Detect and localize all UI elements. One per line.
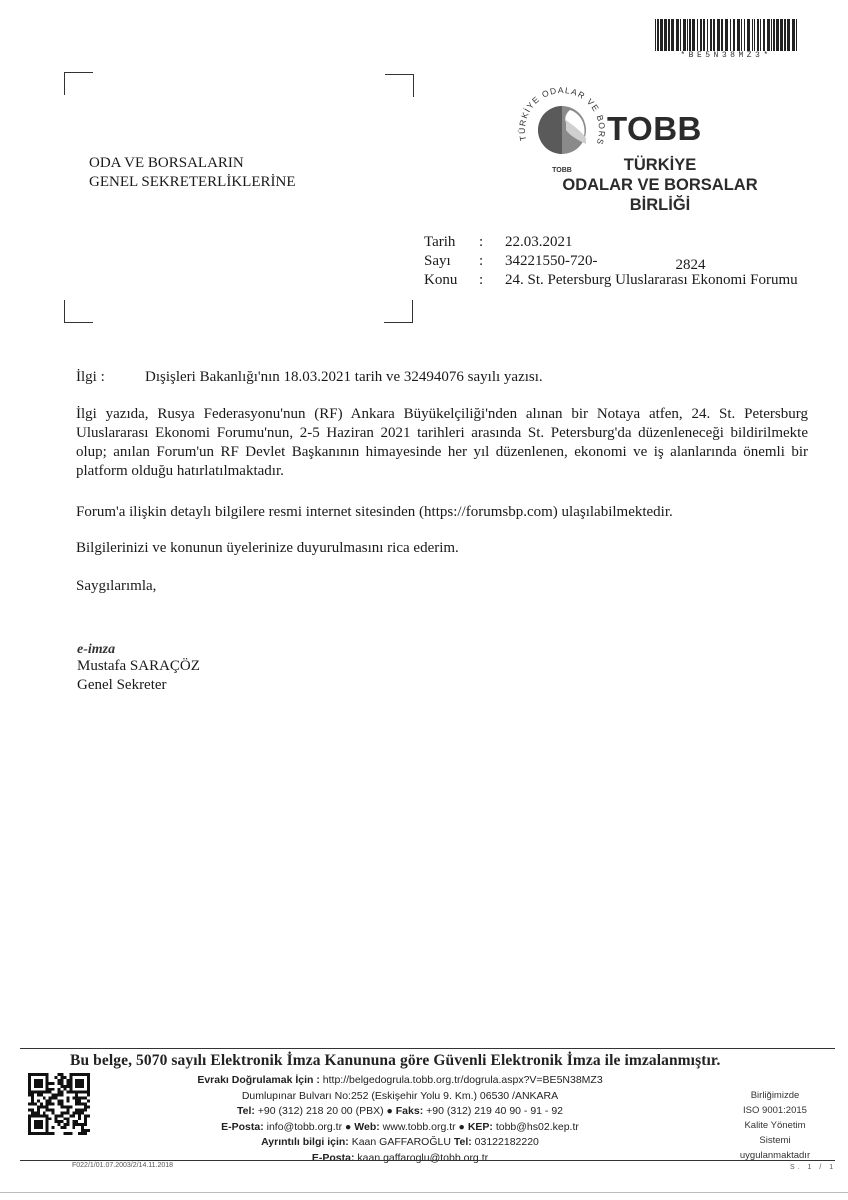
number-suffix: 2824 <box>676 257 706 273</box>
meta-row-date: Tarih : 22.03.2021 <box>424 233 805 252</box>
reference-text: Dışişleri Bakanlığı'nın 18.03.2021 tarih… <box>145 369 543 385</box>
meta-row-subject: Konu : 24. St. Petersburg Uluslararası E… <box>424 271 805 290</box>
contact-person-line: Ayrıntılı bilgi için: Kaan GAFFAROĞLU Te… <box>160 1135 640 1151</box>
logo-subtitle-line: TÜRKİYE <box>560 155 760 175</box>
meta-separator: : <box>479 252 505 271</box>
iso-certification-note: Birliğimizde ISO 9001:2015 Kalite Yöneti… <box>720 1088 830 1163</box>
verify-line: Evrakı Doğrulamak İçin : http://belgedog… <box>160 1073 640 1089</box>
meta-separator: : <box>479 271 505 290</box>
meta-key: Sayı <box>424 252 479 271</box>
address-window-corner <box>64 72 93 95</box>
page-indicator: S. 1 / 1 <box>790 1164 836 1171</box>
meta-value-number: 34221550-720-2824 <box>505 252 805 271</box>
meta-value-subject: 24. St. Petersburg Uluslararası Ekonomi … <box>505 271 805 290</box>
address-window-corner <box>64 300 93 323</box>
form-code: F022/1/01.07.2003/2/14.11.2018 <box>72 1162 173 1169</box>
meta-key: Konu <box>424 271 479 290</box>
addressee: ODA VE BORSALARIN GENEL SEKRETERLİKLERİN… <box>89 154 296 192</box>
online-line: E-Posta: info@tobb.org.tr ● Web: www.tob… <box>160 1120 640 1136</box>
web-link[interactable]: www.tobb.org.tr <box>383 1121 456 1133</box>
body-paragraph: Bilgilerinizi ve konunun üyelerinize duy… <box>76 539 808 558</box>
scan-edge-line <box>0 1192 848 1193</box>
logo-subtitle-line: BİRLİĞİ <box>560 195 760 215</box>
logo-subtitle: TÜRKİYE ODALAR VE BORSALAR BİRLİĞİ <box>560 155 760 215</box>
logo-wordmark: TOBB <box>607 110 702 148</box>
phone-line: Tel: +90 (312) 218 20 00 (PBX) ● Faks: +… <box>160 1104 640 1120</box>
e-signature-mark: e-imza <box>77 642 115 658</box>
footer-legal-notice: Bu belge, 5070 sayılı Elektronik İmza Ka… <box>70 1052 720 1070</box>
body-paragraph: Forum'a ilişkin detaylı bilgilere resmi … <box>76 503 808 522</box>
signer-name: Mustafa SARAÇÖZ <box>77 657 200 676</box>
address-window-corner <box>384 300 413 323</box>
barcode <box>655 19 797 51</box>
reference-label: İlgi : <box>76 369 145 386</box>
email-link[interactable]: info@tobb.org.tr <box>267 1121 342 1133</box>
meta-key: Tarih <box>424 233 479 252</box>
addressee-line: GENEL SEKRETERLİKLERİNE <box>89 173 296 192</box>
verify-link[interactable]: http://belgedogrula.tobb.org.tr/dogrula.… <box>323 1074 603 1086</box>
signer-title: Genel Sekreter <box>77 676 200 695</box>
meta-row-number: Sayı : 34221550-720-2824 <box>424 252 805 271</box>
meta-value-date: 22.03.2021 <box>505 233 805 252</box>
reference-line: İlgi :Dışişleri Bakanlığı'nın 18.03.2021… <box>76 369 543 386</box>
footer-contact: Evrakı Doğrulamak İçin : http://belgedog… <box>160 1073 640 1166</box>
kep-link[interactable]: tobb@hs02.kep.tr <box>496 1121 579 1133</box>
logo-subtitle-line: ODALAR VE BORSALAR <box>560 175 760 195</box>
closing-salutation: Saygılarımla, <box>76 577 808 596</box>
addressee-line: ODA VE BORSALARIN <box>89 154 296 173</box>
body-paragraph: İlgi yazıda, Rusya Federasyonu'nun (RF) … <box>76 405 808 481</box>
document-meta: Tarih : 22.03.2021 Sayı : 34221550-720-2… <box>424 233 805 290</box>
qr-code <box>28 1073 90 1135</box>
footer-divider <box>20 1160 835 1161</box>
number-prefix: 34221550-720- <box>505 253 598 269</box>
signer-block: Mustafa SARAÇÖZ Genel Sekreter <box>77 657 200 695</box>
barcode-text: *BE5N38MZ3* <box>655 51 797 60</box>
meta-separator: : <box>479 233 505 252</box>
contact-email-link[interactable]: kaan.gaffaroglu@tobb.org.tr <box>357 1152 488 1164</box>
address-line: Dumlupınar Bulvarı No:252 (Eskişehir Yol… <box>160 1089 640 1105</box>
address-window-corner <box>385 74 414 97</box>
contact-email-line: E-Posta: kaan.gaffaroglu@tobb.org.tr <box>160 1151 640 1167</box>
footer-divider <box>20 1048 835 1049</box>
